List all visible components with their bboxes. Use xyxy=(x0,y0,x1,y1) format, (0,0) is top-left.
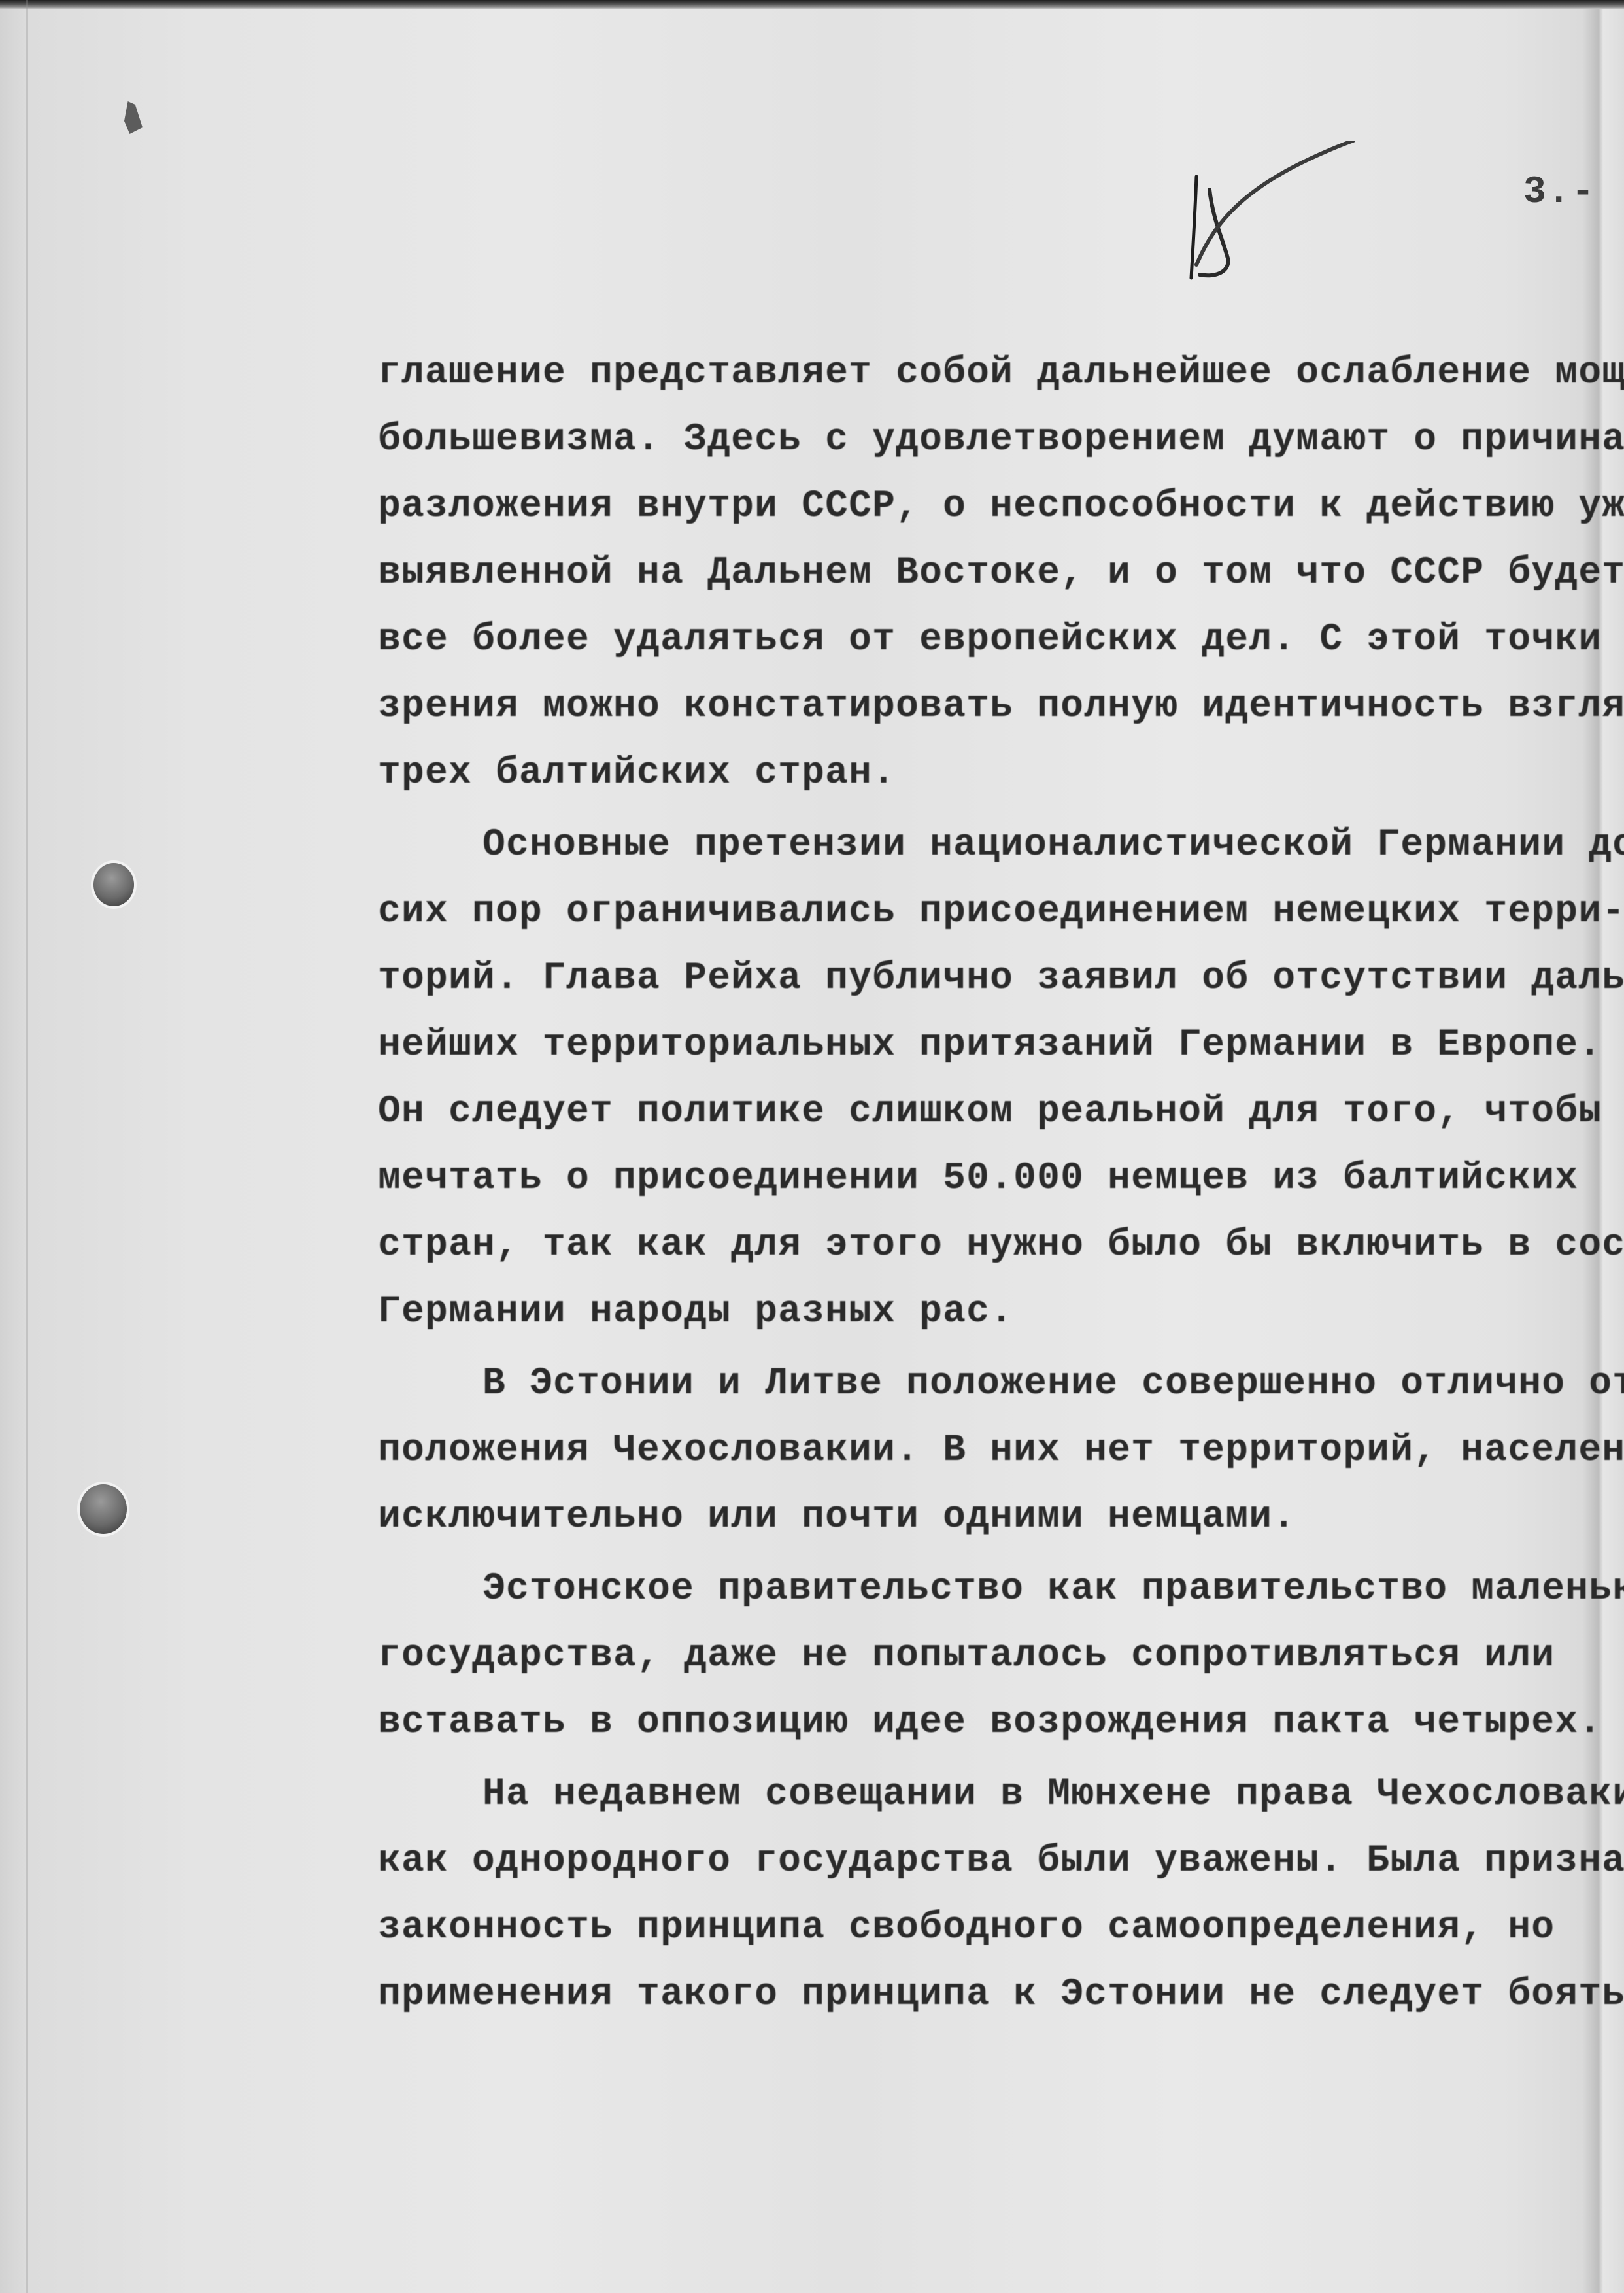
text-line: Основные претензии националистической Ге… xyxy=(378,812,1620,879)
text-line: Он следует политике слишком реальной для… xyxy=(378,1079,1620,1146)
punch-hole-lower xyxy=(80,1484,127,1534)
text-line: вставать в оппозицию идее возрождения па… xyxy=(378,1690,1620,1756)
text-line: положения Чехословакии. В них нет террит… xyxy=(378,1418,1620,1484)
text-line: государства, даже не попыталось сопротив… xyxy=(378,1623,1620,1690)
text-line: все более удаляться от европейских дел. … xyxy=(378,607,1620,673)
text-line: глашение представляет собой дальнейшее о… xyxy=(378,340,1620,407)
text-line: как однородного государства были уважены… xyxy=(378,1828,1620,1895)
text-line: торий. Глава Рейха публично заявил об от… xyxy=(378,945,1620,1012)
text-line: нейших территориальных притязаний Герман… xyxy=(378,1012,1620,1079)
text-line: стран, так как для этого нужно было бы в… xyxy=(378,1212,1620,1279)
text-line: большевизма. Здесь с удовлетворением дум… xyxy=(378,407,1620,473)
text-line: зрения можно констатировать полную идент… xyxy=(378,673,1620,740)
text-line: Германии народы разных рас. xyxy=(378,1279,1620,1346)
text-line: сих пор ограничивались присоединением не… xyxy=(378,879,1620,945)
paragraph: В Эстонии и Литве положение совершенно о… xyxy=(378,1351,1620,1551)
text-line: трех балтийских стран. xyxy=(378,740,1620,807)
paragraph-gap xyxy=(378,1551,1620,1556)
paragraph: Основные претензии националистической Ге… xyxy=(378,812,1620,1346)
page-number: 3.- xyxy=(1523,171,1595,214)
paragraph-gap xyxy=(378,1346,1620,1351)
paragraph: На недавнем совещании в Мюнхене права Че… xyxy=(378,1761,1620,2028)
document-page: 3.- глашение представляет собой дальнейш… xyxy=(0,0,1624,2293)
paper-tear-mark xyxy=(124,101,143,134)
paragraph: Эстонское правительство как правительств… xyxy=(378,1556,1620,1756)
text-line: разложения внутри СССР, о неспособности … xyxy=(378,473,1620,540)
handwritten-folio-number xyxy=(1177,141,1360,284)
text-line: законность принципа свободного самоопред… xyxy=(378,1895,1620,1962)
text-line: В Эстонии и Литве положение совершенно о… xyxy=(378,1351,1620,1418)
text-line: Эстонское правительство как правительств… xyxy=(378,1556,1620,1623)
text-line: исключительно или почти одними немцами. xyxy=(378,1484,1620,1551)
document-body: глашение представляет собой дальнейшее о… xyxy=(378,340,1620,2028)
paragraph-gap xyxy=(378,807,1620,812)
text-line: мечтать о присоединении 50.000 немцев из… xyxy=(378,1146,1620,1212)
punch-hole-upper xyxy=(93,863,134,906)
text-line: На недавнем совещании в Мюнхене права Че… xyxy=(378,1761,1620,1828)
text-line: выявленной на Дальнем Востоке, и о том ч… xyxy=(378,540,1620,607)
paragraph: глашение представляет собой дальнейшее о… xyxy=(378,340,1620,807)
text-line: применения такого принципа к Эстонии не … xyxy=(378,1962,1620,2028)
paragraph-gap xyxy=(378,1756,1620,1761)
